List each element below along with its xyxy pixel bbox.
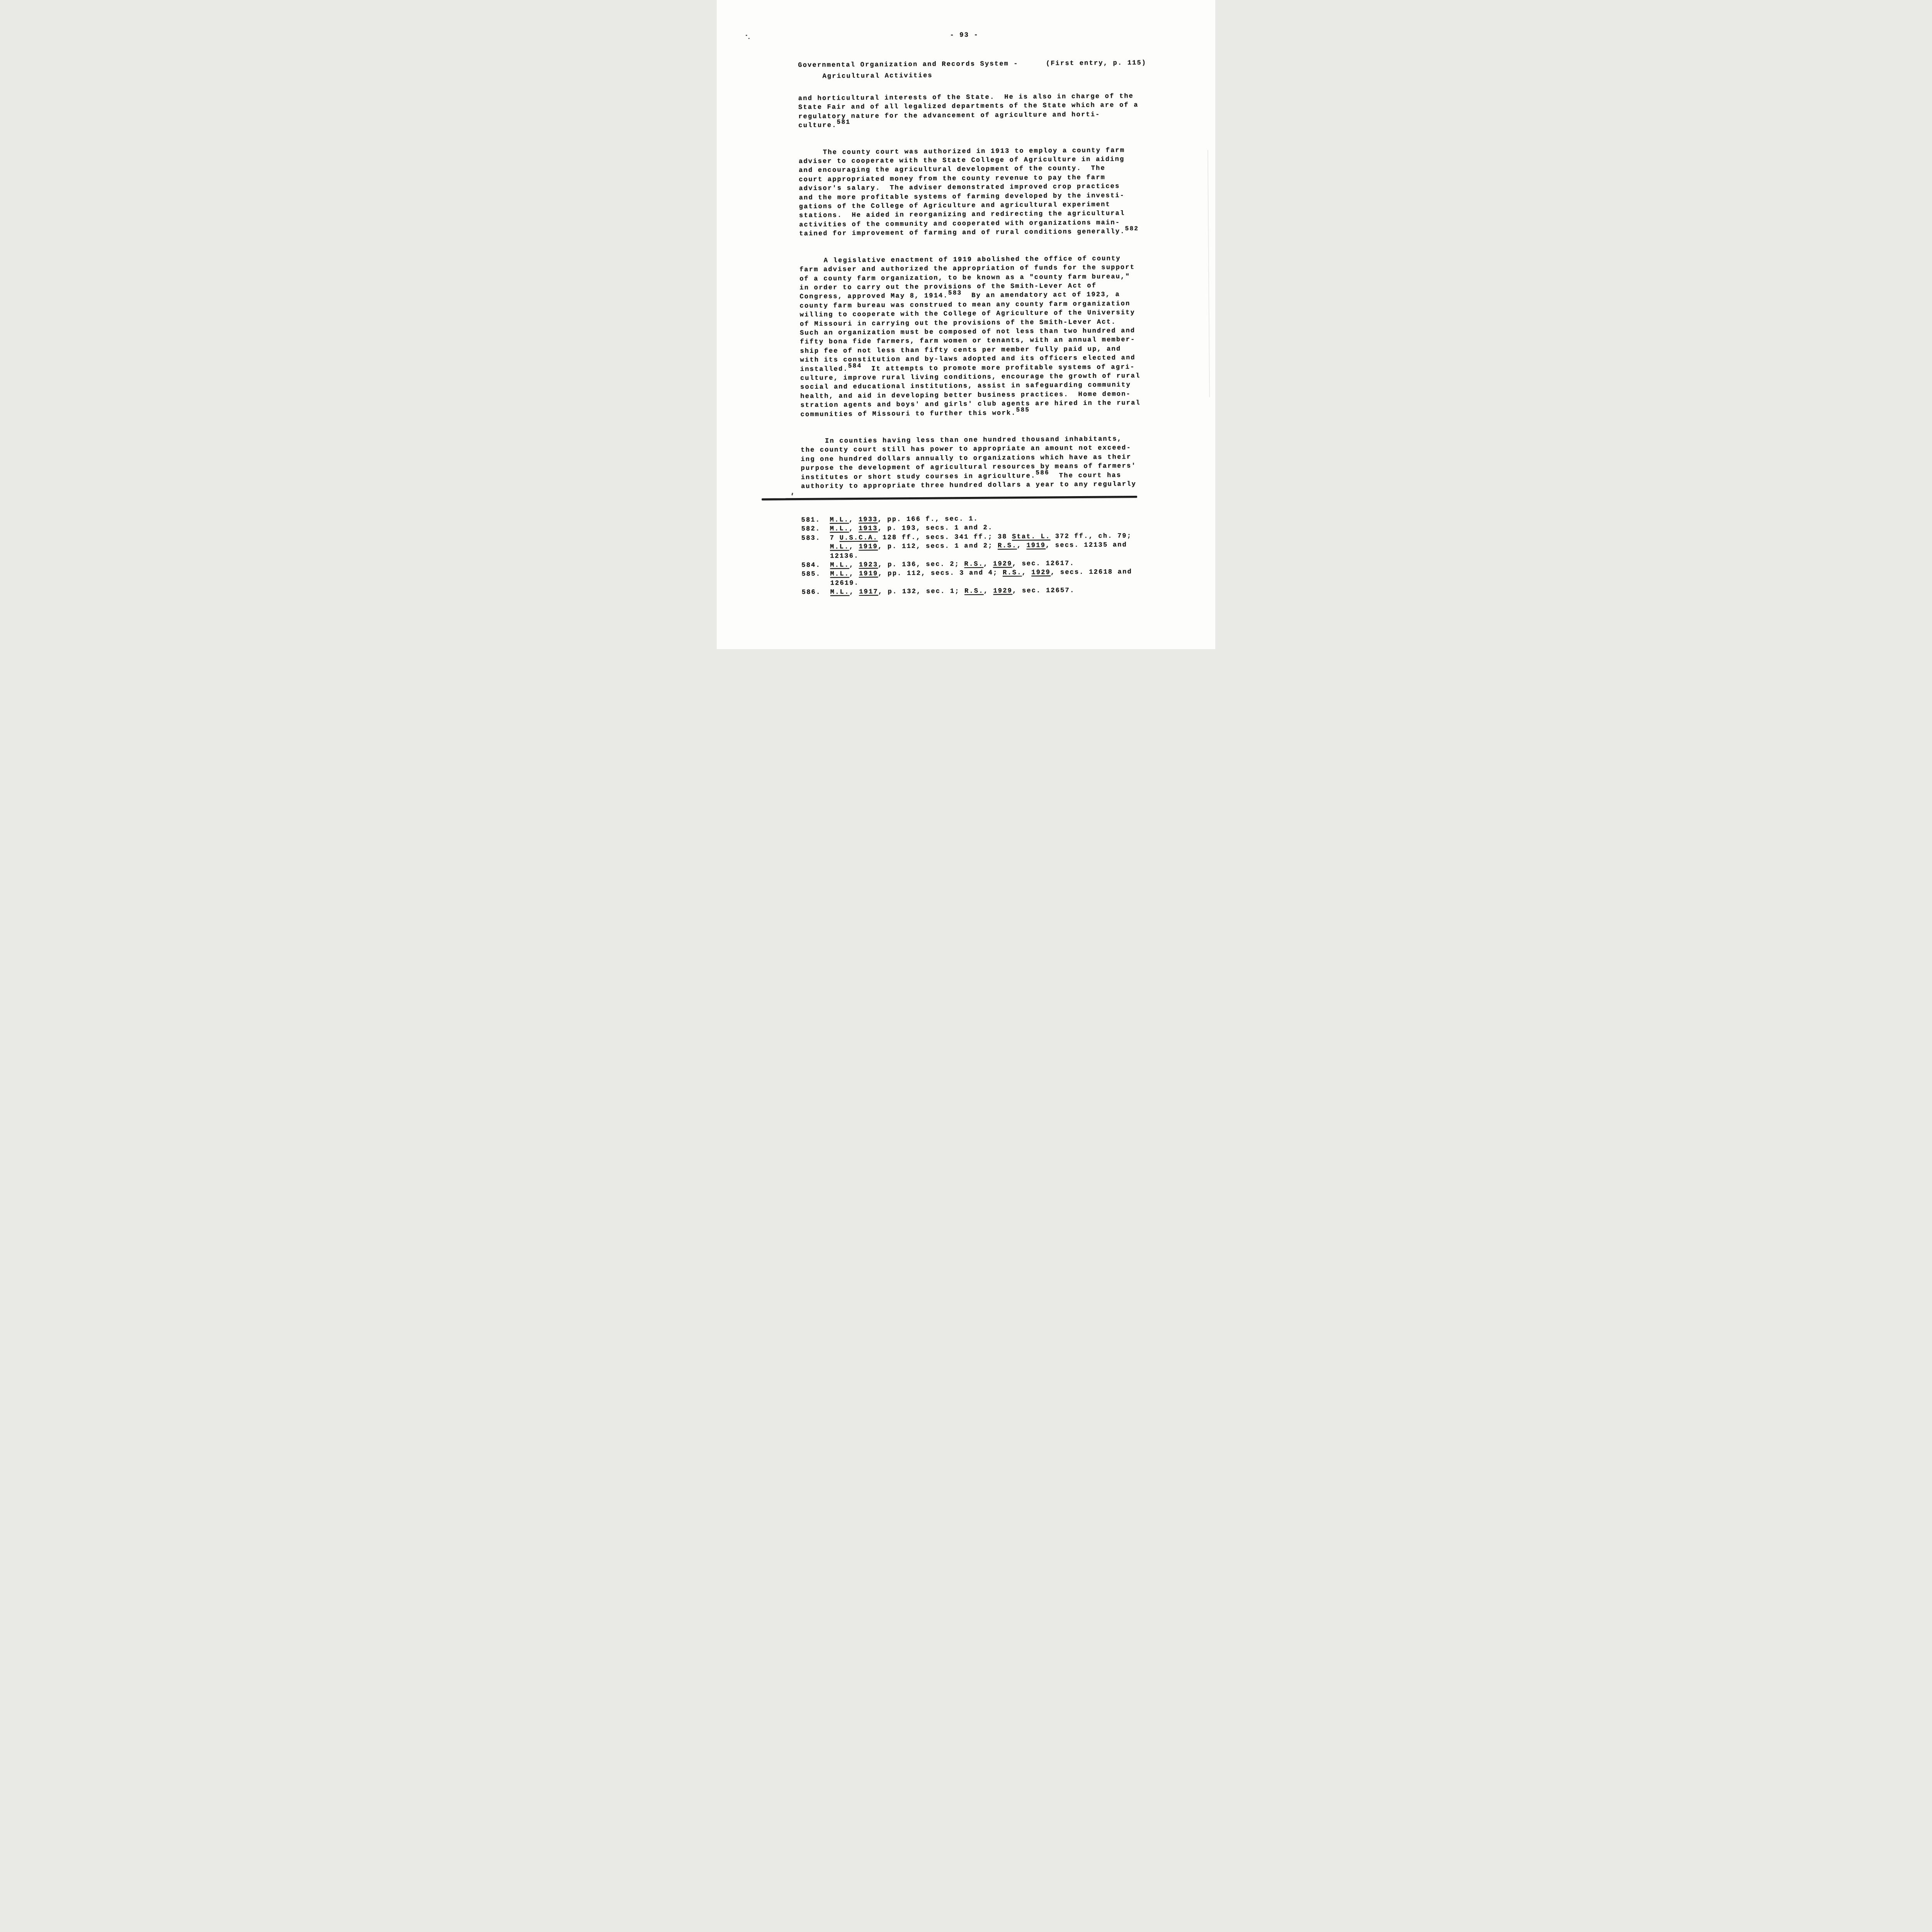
text-segment: of a county farm organization, to be kno…	[799, 273, 1130, 283]
text-segment: ,	[849, 588, 859, 596]
underlined-citation: R.S.	[998, 542, 1017, 549]
header-entry-ref: (First entry, p. 115)	[1046, 58, 1147, 70]
footnote-ref-superscript: 583	[948, 289, 962, 296]
text-segment: 128 ff., secs. 341 ff.; 38	[878, 533, 1012, 541]
text-segment: In counties having less than one hundred…	[825, 435, 1122, 445]
text-segment: , p. 132, sec. 1;	[878, 588, 964, 596]
underlined-citation: M.L.	[830, 571, 849, 578]
underlined-citation: M.L.	[830, 516, 849, 524]
paragraph: A legislative enactment of 1919 abolishe…	[799, 254, 1168, 419]
text-segment: and horticultural interests of the State…	[798, 93, 1134, 102]
footnote-number: 581.	[801, 515, 830, 525]
text-segment: The county court was authorized in 1913 …	[823, 147, 1125, 156]
text-segment: tained for improvement of farming and of…	[799, 228, 1125, 238]
text-segment: , secs. 12618 and	[1051, 568, 1132, 576]
underlined-citation: 1917	[859, 588, 878, 596]
underlined-citation: M.L.	[830, 526, 849, 533]
body-text: and horticultural interests of the State…	[798, 92, 1168, 491]
text-segment: installed.	[800, 366, 848, 373]
text-segment: social and educational institutions, ass…	[800, 381, 1131, 391]
footnote-separator-rule	[762, 496, 1137, 500]
text-segment: advisor's salary. The adviser demonstrat…	[799, 183, 1120, 192]
text-segment: ,	[849, 561, 859, 569]
text-segment: 12619.	[830, 580, 859, 587]
text-segment: court appropriated money from the county…	[799, 174, 1105, 184]
text-segment: ,	[849, 525, 859, 532]
text-segment: ,	[983, 561, 993, 568]
text-segment: , p. 136, sec. 2;	[878, 561, 964, 569]
underlined-citation: R.S.	[964, 561, 983, 568]
text-segment: stations. He aided in reorganizing and r…	[799, 210, 1125, 220]
text-segment: Congress, approved May 8, 1914.	[799, 293, 948, 301]
paragraph: and horticultural interests of the State…	[798, 92, 1166, 130]
footnote-ref-superscript: 586	[1036, 469, 1049, 476]
page-content: - 93 - Governmental Organization and Rec…	[717, 0, 1215, 649]
text-segment: ,	[984, 588, 993, 595]
text-segment: 7	[830, 534, 840, 542]
text-segment: , p. 193, secs. 1 and 2.	[878, 524, 993, 532]
scan-artifact-line	[1207, 150, 1210, 397]
footnote-text: 7 U.S.C.A. 128 ff., secs. 341 ff.; 38 St…	[830, 531, 1172, 561]
text-segment: willing to cooperate with the College of…	[800, 309, 1135, 319]
text-segment: ,	[1017, 542, 1027, 549]
scanned-document-page: - 93 - Governmental Organization and Rec…	[717, 0, 1215, 649]
underlined-citation: 1933	[859, 516, 878, 524]
text-segment: A legislative enactment of 1919 abolishe…	[824, 255, 1121, 264]
text-segment: authority to appropriate three hundred d…	[801, 481, 1136, 490]
header-subtitle: Agricultural Activities	[798, 69, 1146, 82]
text-segment: It attempts to promote more profitable s…	[862, 364, 1135, 373]
underlined-citation: Stat. L.	[1012, 533, 1050, 541]
text-segment: 12136.	[830, 553, 859, 560]
text-segment: farm adviser and authorized the appropri…	[799, 264, 1135, 274]
footnote-ref-superscript: 582	[1125, 225, 1139, 232]
underlined-citation: R.S.	[964, 588, 984, 595]
text-segment: ,	[849, 570, 859, 578]
footnotes-section: 581.M.L., 1933, pp. 166 f., sec. 1.582.M…	[801, 513, 1172, 597]
text-segment: the county court still has power to appr…	[801, 444, 1131, 454]
footnote-ref-superscript: 585	[1016, 406, 1030, 413]
page-header: Governmental Organization and Records Sy…	[798, 58, 1146, 82]
text-segment: ,	[849, 543, 859, 551]
footnote-number: 584.	[801, 561, 830, 570]
text-segment: of Missouri in carrying out the provisio…	[800, 318, 1116, 328]
text-segment: health, and aid in developing better bus…	[800, 391, 1131, 400]
text-segment: ship fee of not less than fifty cents pe…	[800, 345, 1121, 355]
underlined-citation: 1929	[1031, 569, 1051, 577]
footnote-number: 582.	[801, 525, 830, 534]
text-segment: ,	[849, 516, 859, 524]
footnote-text: M.L., 1919, pp. 112, secs. 3 and 4; R.S.…	[830, 568, 1172, 588]
text-segment: , pp. 112, secs. 3 and 4;	[878, 570, 1003, 578]
text-segment: ,	[1022, 569, 1031, 577]
stray-ink-mark	[791, 493, 793, 496]
text-segment: fifty bona fide farmers, farm women or t…	[800, 336, 1135, 346]
underlined-citation: 1919	[1026, 542, 1046, 549]
text-segment: county farm bureau was construed to mean…	[800, 300, 1131, 310]
page-number: - 93 -	[717, 30, 1214, 41]
text-segment: adviser to cooperate with the State Coll…	[799, 156, 1124, 165]
text-segment: By an amendatory act of 1923, a	[962, 291, 1120, 300]
underlined-citation: 1919	[859, 543, 878, 551]
underlined-citation: 1929	[993, 560, 1012, 568]
text-segment: institutes or short study courses in agr…	[801, 472, 1036, 481]
footnote-number: 586.	[802, 588, 830, 597]
footnote-number: 585.	[801, 570, 830, 579]
text-segment: communities of Missouri to further this …	[800, 410, 1016, 418]
text-segment: Such an organization must be composed of…	[800, 327, 1135, 337]
underlined-citation: M.L.	[830, 543, 849, 551]
paragraph: In counties having less than one hundred…	[801, 434, 1168, 491]
footnote-text: M.L., 1917, p. 132, sec. 1; R.S., 1929, …	[830, 586, 1173, 597]
text-segment: ing one hundred dollars annually to orga…	[801, 454, 1131, 463]
text-segment: gations of the College of Agriculture an…	[799, 201, 1111, 211]
underlined-citation: 1929	[993, 587, 1012, 595]
underlined-citation: M.L.	[830, 561, 849, 569]
underlined-citation: 1913	[859, 525, 878, 532]
footnote-ref-superscript: 584	[848, 362, 862, 369]
underlined-citation: R.S.	[1003, 569, 1022, 577]
text-segment: , sec. 12617.	[1012, 560, 1074, 568]
text-segment: , p. 112, secs. 1 and 2;	[878, 543, 998, 551]
text-segment: State Fair and of all legalized departme…	[798, 102, 1139, 111]
footnote-number: 583.	[801, 534, 830, 543]
underlined-citation: M.L.	[830, 588, 850, 596]
text-segment: The court has	[1049, 472, 1121, 480]
underlined-citation: U.S.C.A.	[840, 534, 878, 542]
text-segment: culture.	[798, 122, 837, 130]
text-segment: purpose the development of agricultural …	[801, 463, 1136, 472]
underlined-citation: 1919	[859, 570, 878, 578]
footnote-ref-superscript: 581	[837, 119, 850, 126]
text-segment: , sec. 12657.	[1012, 587, 1075, 595]
footnote-item: 583.7 U.S.C.A. 128 ff., secs. 341 ff.; 3…	[801, 531, 1172, 561]
text-segment: 372 ff., ch. 79;	[1050, 532, 1132, 540]
text-segment: and the more profitable systems of farmi…	[799, 192, 1125, 202]
footnote-line: M.L., 1917, p. 132, sec. 1; R.S., 1929, …	[830, 586, 1173, 597]
header-title: Governmental Organization and Records Sy…	[798, 58, 1019, 71]
text-segment: and encouraging the agricultural develop…	[799, 165, 1105, 175]
text-segment: , pp. 166 f., sec. 1.	[878, 515, 978, 524]
footnote-item: 585.M.L., 1919, pp. 112, secs. 3 and 4; …	[801, 568, 1172, 588]
paragraph: The county court was authorized in 1913 …	[799, 146, 1167, 239]
text-segment: stration agents and boys' and girls' clu…	[800, 400, 1141, 409]
underlined-citation: 1923	[859, 561, 878, 569]
text-segment: , secs. 12135 and	[1046, 541, 1127, 549]
text-segment: activities of the community and cooperat…	[799, 219, 1120, 229]
